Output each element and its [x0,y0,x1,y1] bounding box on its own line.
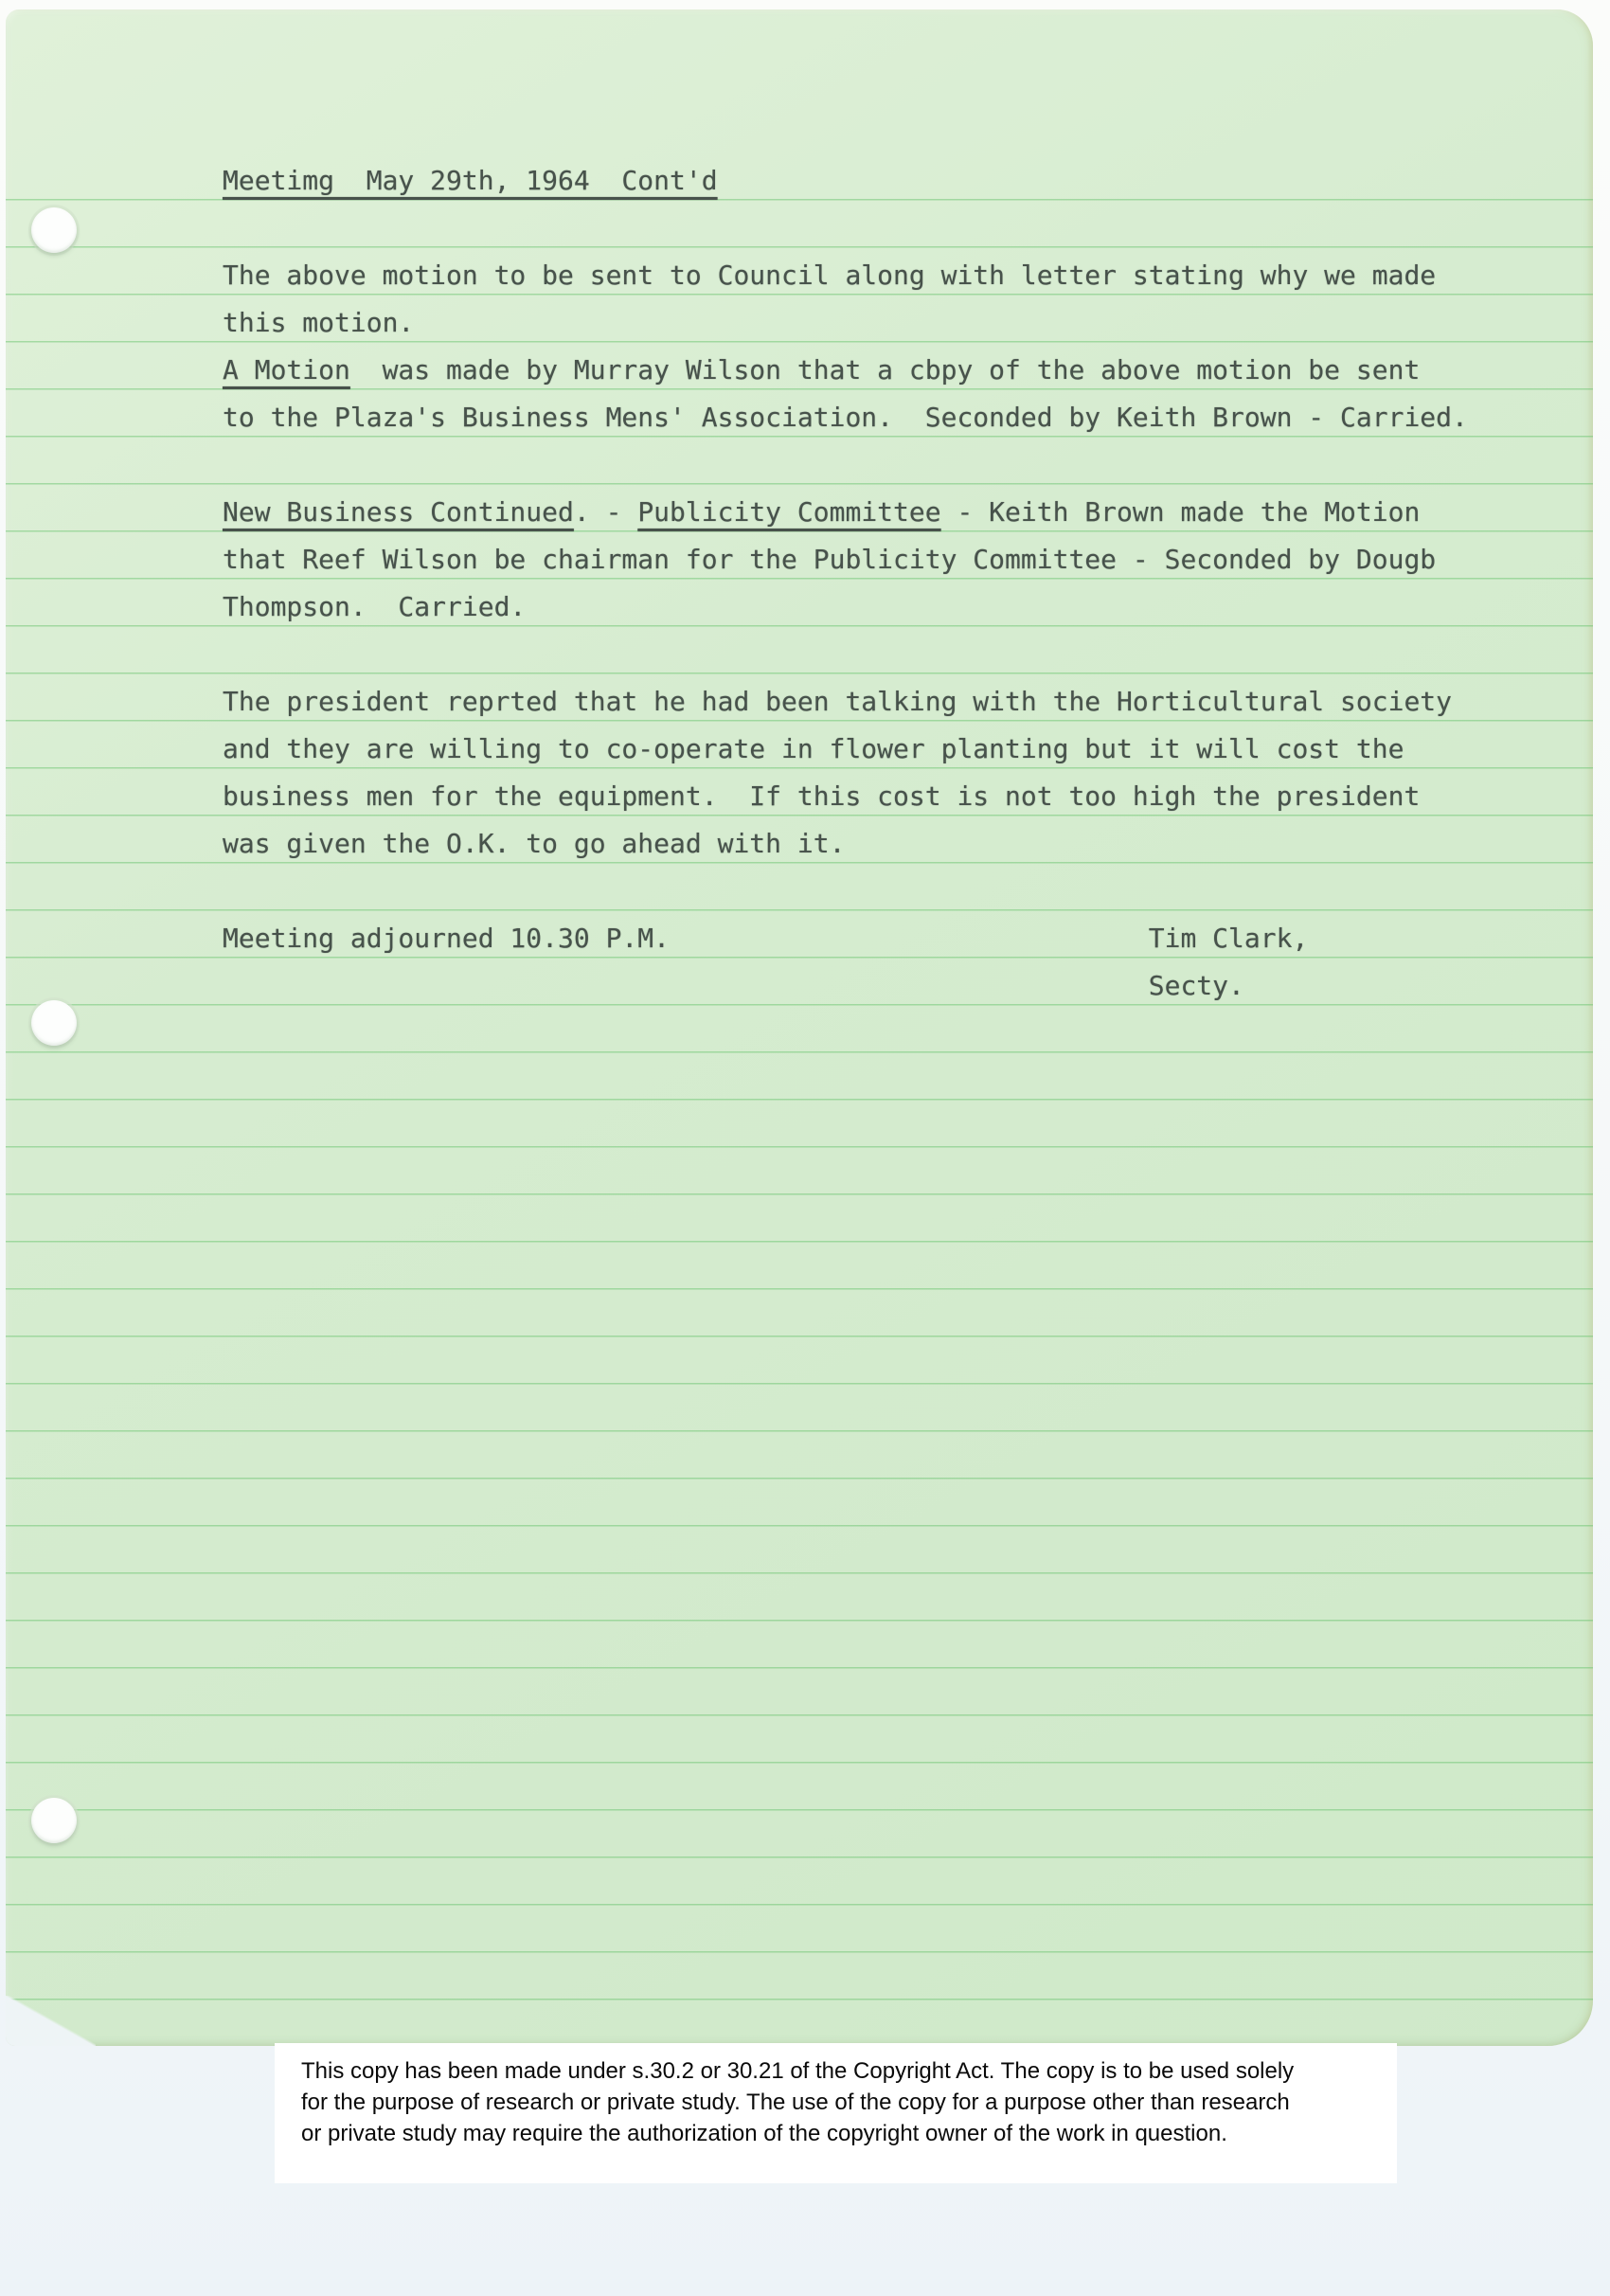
text-line: The above motion to be sent to Council a… [223,252,1436,299]
text-line: Thompson. Carried. [223,583,526,631]
signature-title-line: Secty. [223,962,1244,1010]
text-line: was given the O.K. to go ahead with it. [223,820,845,868]
paper-corner-cut [6,1996,96,2046]
copyright-notice: This copy has been made under s.30.2 or … [275,2043,1397,2183]
underlined-text: A Motion [223,354,350,386]
text-line: this motion. [223,299,414,347]
text-segment: Secty. [1149,970,1244,1001]
text-line: business men for the equipment. If this … [223,773,1420,820]
text-line: and they are willing to co-operate in fl… [223,726,1404,773]
text-segment: this motion. [223,307,414,338]
underlined-text: Meetimg May 29th, 1964 Cont'd [223,165,718,196]
punch-hole [31,207,77,253]
text-segment [670,923,1149,954]
text-line: to the Plaza's Business Mens' Associatio… [223,394,1468,441]
text-segment: was given the O.K. to go ahead with it. [223,828,845,859]
typewritten-text: Meetimg May 29th, 1964 Cont'dThe above m… [223,157,1567,1104]
text-line: The president reprted that he had been t… [223,678,1452,726]
text-segment: business men for the equipment. If this … [223,780,1420,812]
text-segment: - Keith Brown made the Motion [941,496,1421,528]
adjournment-and-signature-line: Meeting adjourned 10.30 P.M. Tim Clark, [223,915,1308,962]
text-segment: . - [574,496,637,528]
text-segment: was made by Murray Wilson that a cbpy of… [350,354,1420,386]
underlined-text: New Business Continued [223,496,574,528]
text-line: New Business Continued. - Publicity Comm… [223,489,1420,536]
underlined-text: Publicity Committee [637,496,940,528]
text-segment: Thompson. Carried. [223,591,526,622]
text-segment: The president reprted that he had been t… [223,686,1452,717]
punch-hole [31,1798,77,1843]
text-segment: Meeting adjourned 10.30 P.M. [223,923,670,954]
text-segment: and they are willing to co-operate in fl… [223,733,1404,764]
text-segment: that Reef Wilson be chairman for the Pub… [223,544,1436,575]
punch-hole [31,1000,77,1046]
copyright-line: This copy has been made under s.30.2 or … [301,2055,1387,2087]
text-line: A Motion was made by Murray Wilson that … [223,347,1420,394]
copyright-line: for the purpose of research or private s… [301,2087,1387,2118]
text-segment [223,970,1149,1001]
text-segment: Tim Clark, [1149,923,1309,954]
scanned-page-background: Meetimg May 29th, 1964 Cont'dThe above m… [0,0,1610,2296]
copyright-line: or private study may require the authori… [301,2118,1387,2149]
text-line: that Reef Wilson be chairman for the Pub… [223,536,1436,583]
title-line: Meetimg May 29th, 1964 Cont'd [223,157,718,205]
text-segment: to the Plaza's Business Mens' Associatio… [223,402,1468,433]
text-segment: The above motion to be sent to Council a… [223,260,1436,291]
